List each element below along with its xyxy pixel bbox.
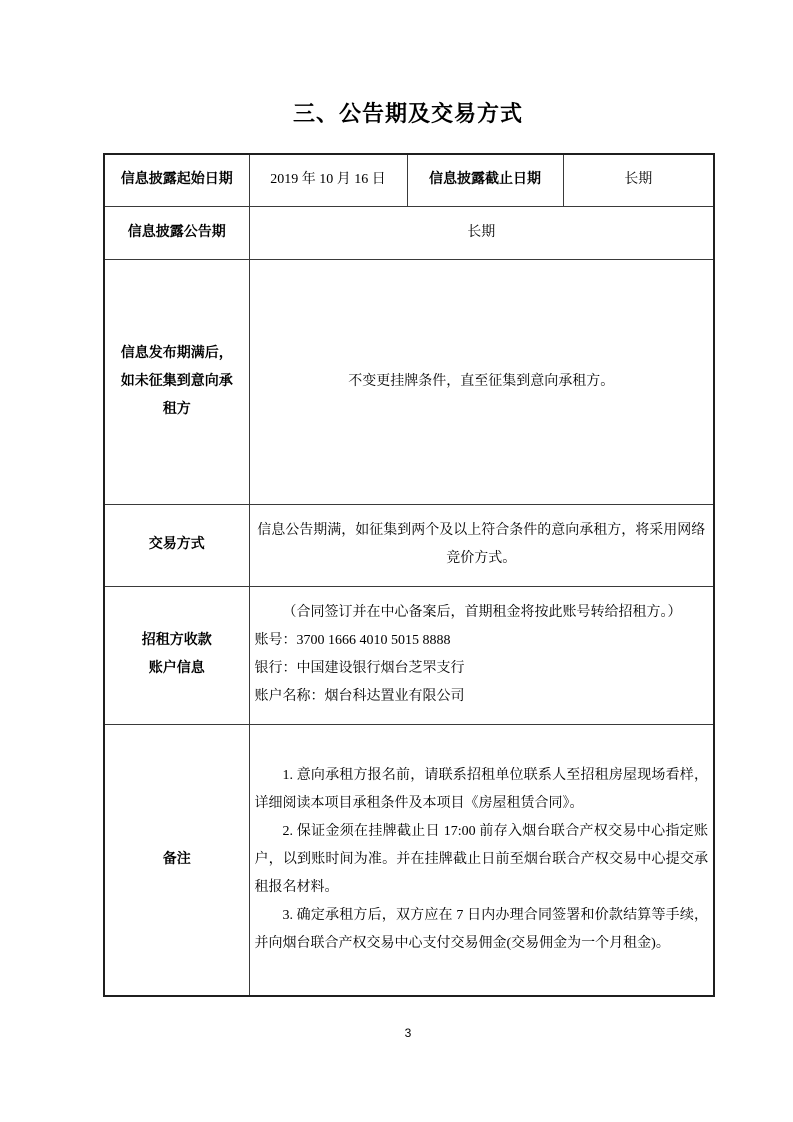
remarks-label: 备注	[104, 724, 249, 996]
remarks-value: 1. 意向承租方报名前，请联系招租单位联系人至招租房屋现场看样，详细阅读本项目承…	[249, 724, 714, 996]
account-info-value: （合同签订并在中心备案后，首期租金将按此账号转给招租方。） 账号：3700 16…	[249, 586, 714, 724]
account-info-label: 招租方收款 账户信息	[104, 586, 249, 724]
table-row-account-info: 招租方收款 账户信息 （合同签订并在中心备案后，首期租金将按此账号转给招租方。）…	[104, 586, 714, 724]
transaction-method-label: 交易方式	[104, 504, 249, 586]
account-note: （合同签订并在中心备案后，首期租金将按此账号转给招租方。）	[255, 599, 709, 627]
table-row-transaction-method: 交易方式 信息公告期满，如征集到两个及以上符合条件的意向承租方，将采用网络竞价方…	[104, 504, 714, 586]
disclosure-start-value: 2019 年 10 月 16 日	[249, 154, 407, 206]
announcement-period-label: 信息披露公告期	[104, 206, 249, 259]
table-row-remarks: 备注 1. 意向承租方报名前，请联系招租单位联系人至招租房屋现场看样，详细阅读本…	[104, 724, 714, 996]
after-expiry-value: 不变更挂牌条件，直至征集到意向承租方。	[249, 259, 714, 504]
disclosure-start-label: 信息披露起始日期	[104, 154, 249, 206]
announcement-table: 信息披露起始日期 2019 年 10 月 16 日 信息披露截止日期 长期 信息…	[103, 153, 715, 997]
announcement-period-value: 长期	[249, 206, 714, 259]
page-number: 3	[103, 1026, 713, 1040]
table-row-after-expiry: 信息发布期满后， 如未征集到意向承 租方 不变更挂牌条件，直至征集到意向承租方。	[104, 259, 714, 504]
document-page: 三、公告期及交易方式 信息披露起始日期 2019 年 10 月 16 日 信息披…	[0, 0, 793, 1122]
bank-name-line: 银行：中国建设银行烟台芝罘支行	[255, 655, 709, 683]
remark-item-1: 1. 意向承租方报名前，请联系招租单位联系人至招租房屋现场看样，详细阅读本项目承…	[255, 762, 709, 818]
account-name-line: 账户名称：烟台科达置业有限公司	[255, 683, 709, 711]
disclosure-end-value: 长期	[563, 154, 714, 206]
table-row-announcement-period: 信息披露公告期 长期	[104, 206, 714, 259]
after-expiry-label: 信息发布期满后， 如未征集到意向承 租方	[104, 259, 249, 504]
table-row-disclosure-dates: 信息披露起始日期 2019 年 10 月 16 日 信息披露截止日期 长期	[104, 154, 714, 206]
disclosure-end-label: 信息披露截止日期	[407, 154, 563, 206]
page-title: 三、公告期及交易方式	[103, 100, 713, 128]
account-number-line: 账号：3700 1666 4010 5015 8888	[255, 627, 709, 655]
remark-item-2: 2. 保证金须在挂牌截止日 17:00 前存入烟台联合产权交易中心指定账户，以到…	[255, 818, 709, 902]
remark-item-3: 3. 确定承租方后，双方应在 7 日内办理合同签署和价款结算等手续，并向烟台联合…	[255, 902, 709, 958]
transaction-method-value: 信息公告期满，如征集到两个及以上符合条件的意向承租方，将采用网络竞价方式。	[249, 504, 714, 586]
